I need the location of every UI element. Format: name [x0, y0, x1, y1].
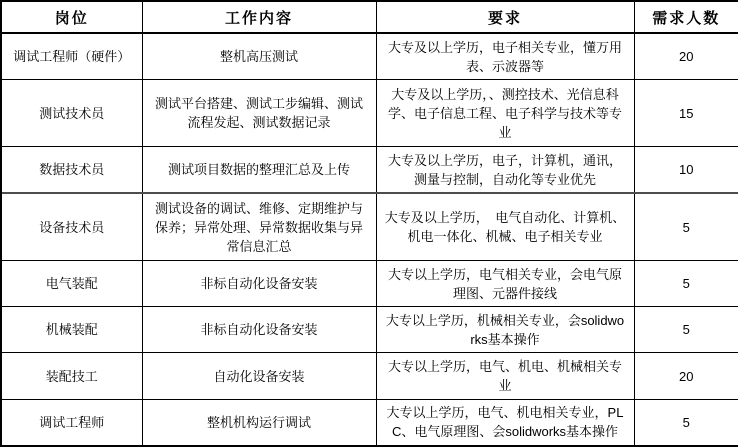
- cell-headcount: 5: [634, 399, 738, 446]
- cell-work-content: 测试平台搭建、测试工步编辑、测试流程发起、测试数据记录: [142, 80, 376, 147]
- cell-requirements: 大专及以上学历， 电气自动化、计算机、机电一体化、机械、电子相关专业: [376, 193, 634, 260]
- table-row: 测试技术员 测试平台搭建、测试工步编辑、测试流程发起、测试数据记录 大专及以上学…: [1, 80, 738, 147]
- cell-requirements: 大专及以上学历，、测控技术、光信息科学、电子信息工程、电子科学与技术等专业: [376, 80, 634, 147]
- cell-work-content: 非标自动化设备安装: [142, 307, 376, 353]
- cell-headcount: 5: [634, 260, 738, 306]
- cell-position: 调试工程师: [1, 399, 142, 446]
- cell-work-content: 整机高压测试: [142, 33, 376, 80]
- cell-headcount: 10: [634, 146, 738, 193]
- table-row: 电气装配 非标自动化设备安装 大专以上学历，电气相关专业，会电气原理图、元器件接…: [1, 260, 738, 306]
- cell-requirements: 大专及以上学历，电子相关专业，懂万用表、示波器等: [376, 33, 634, 80]
- cell-headcount: 5: [634, 193, 738, 260]
- table-row: 数据技术员 测试项目数据的整理汇总及上传 大专及以上学历，电子，计算机，通讯，测…: [1, 146, 738, 193]
- cell-work-content: 自动化设备安装: [142, 353, 376, 399]
- table-row: 装配技工 自动化设备安装 大专以上学历，电气、机电、机械相关专业 20: [1, 353, 738, 399]
- table-row: 调试工程师 整机机构运行调试 大专以上学历，电气、机电相关专业，PLC、电气原理…: [1, 399, 738, 446]
- table-header-row: 岗位 工作内容 要求 需求人数: [1, 1, 738, 33]
- cell-position: 调试工程师（硬件）: [1, 33, 142, 80]
- cell-requirements: 大专以上学历，电气相关专业，会电气原理图、元器件接线: [376, 260, 634, 306]
- cell-requirements: 大专及以上学历，电子，计算机，通讯，测量与控制，自动化等专业优先: [376, 146, 634, 193]
- header-position: 岗位: [1, 1, 142, 33]
- cell-position: 设备技术员: [1, 193, 142, 260]
- header-requirements: 要求: [376, 1, 634, 33]
- table-row: 设备技术员 测试设备的调试、维修、定期维护与保养；异常处理、异常数据收集与异常信…: [1, 193, 738, 260]
- cell-requirements: 大专以上学历，电气、机电相关专业，PLC、电气原理图、会solidworks基本…: [376, 399, 634, 446]
- header-work-content: 工作内容: [142, 1, 376, 33]
- cell-position: 机械装配: [1, 307, 142, 353]
- table-row: 机械装配 非标自动化设备安装 大专以上学历，机械相关专业，会solidworks…: [1, 307, 738, 353]
- left-edge-scan-artifact: [0, 163, 2, 203]
- cell-work-content: 测试设备的调试、维修、定期维护与保养；异常处理、异常数据收集与异常信息汇总: [142, 193, 376, 260]
- table-row: 调试工程师（硬件） 整机高压测试 大专及以上学历，电子相关专业，懂万用表、示波器…: [1, 33, 738, 80]
- job-openings-table: 岗位 工作内容 要求 需求人数 调试工程师（硬件） 整机高压测试 大专及以上学历…: [0, 0, 738, 447]
- cell-headcount: 20: [634, 353, 738, 399]
- header-headcount: 需求人数: [634, 1, 738, 33]
- cell-headcount: 5: [634, 307, 738, 353]
- cell-position: 数据技术员: [1, 146, 142, 193]
- cell-position: 测试技术员: [1, 80, 142, 147]
- cell-work-content: 非标自动化设备安装: [142, 260, 376, 306]
- cell-position: 装配技工: [1, 353, 142, 399]
- cell-requirements: 大专以上学历，电气、机电、机械相关专业: [376, 353, 634, 399]
- cell-work-content: 测试项目数据的整理汇总及上传: [142, 146, 376, 193]
- cell-requirements: 大专以上学历，机械相关专业，会solidworks基本操作: [376, 307, 634, 353]
- cell-headcount: 15: [634, 80, 738, 147]
- cell-work-content: 整机机构运行调试: [142, 399, 376, 446]
- cell-position: 电气装配: [1, 260, 142, 306]
- cell-headcount: 20: [634, 33, 738, 80]
